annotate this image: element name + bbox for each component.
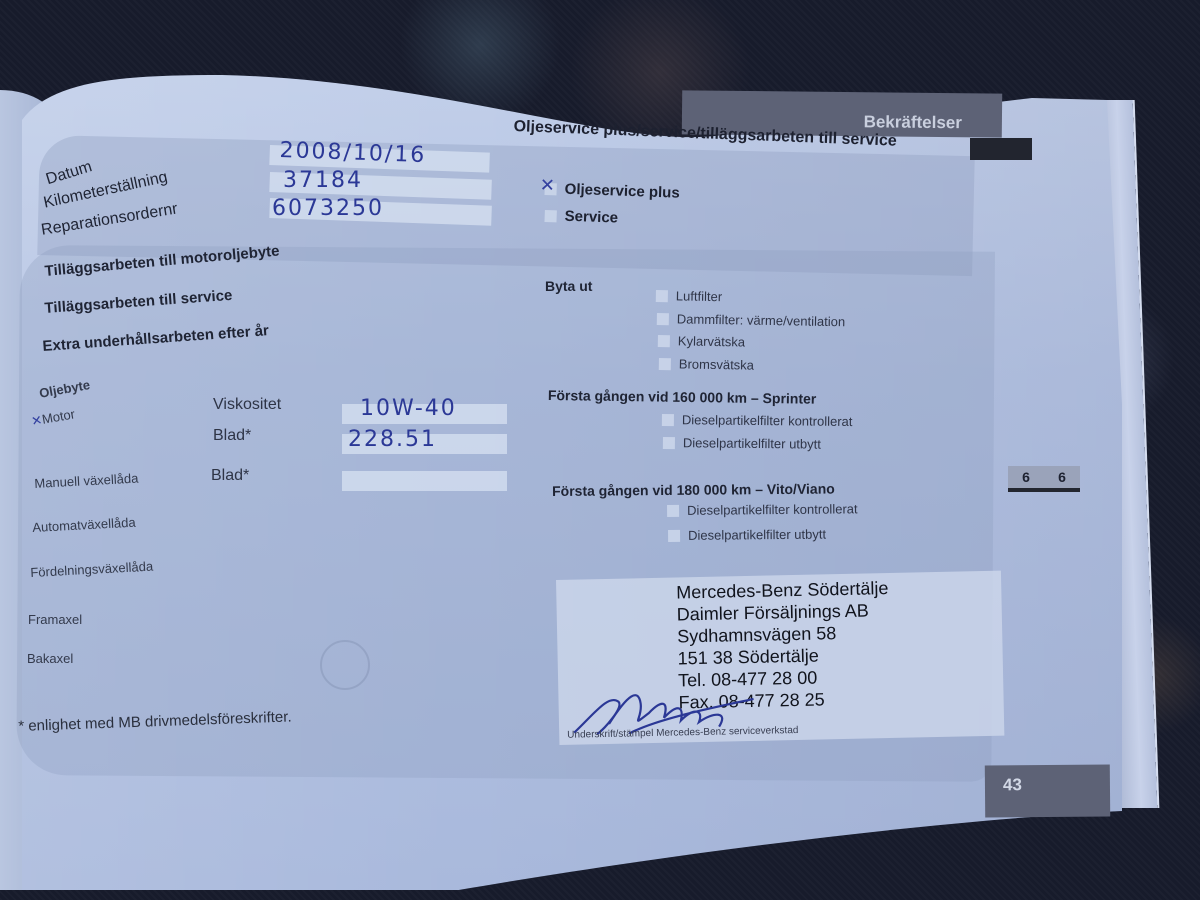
checkbox-label: Kylarvätska <box>678 333 745 349</box>
replace-heading: Byta ut <box>545 278 592 294</box>
checkbox-sprinter-dpf-checked[interactable]: Dieselpartikelfilter kontrollerat <box>662 412 853 429</box>
checkbox-coolant[interactable]: Kylarvätska <box>658 333 745 350</box>
checkbox-icon[interactable] <box>667 504 679 516</box>
checkbox-label: Dieselpartikelfilter utbytt <box>688 527 826 543</box>
checkbox-icon[interactable] <box>656 289 668 301</box>
mercedes-star-watermark-icon <box>320 640 370 690</box>
checkbox-icon[interactable] <box>662 413 674 425</box>
repair-order-value: 6073250 <box>272 196 384 221</box>
viscosity-value: 10W-40 <box>360 396 457 421</box>
chapter-tab[interactable]: 6 6 <box>1008 466 1080 492</box>
checkbox-icon[interactable] <box>668 529 680 541</box>
dealer-stamp-box[interactable]: Mercedes-Benz Södertälje Daimler Försälj… <box>556 571 1004 745</box>
checkbox-icon[interactable] <box>663 436 675 448</box>
chapter-number: 6 <box>1058 469 1066 485</box>
sheet-label-motor: Blad* <box>213 427 251 445</box>
vito-heading: Första gången vid 180 000 km – Vito/Vian… <box>552 481 835 499</box>
section-tab-label: Bekräftelser <box>864 112 962 133</box>
checkbox-brake-fluid[interactable]: Bromsvätska <box>659 356 754 373</box>
oil-row-front-axle[interactable]: Framaxel <box>28 612 82 627</box>
checkbox-label: Dieselpartikelfilter kontrollerat <box>687 501 858 517</box>
checkbox-icon[interactable] <box>659 357 671 369</box>
checkbox-icon[interactable] <box>658 334 670 346</box>
checkbox-checked-icon[interactable] <box>544 182 556 194</box>
checkbox-vito-dpf-replaced[interactable]: Dieselpartikelfilter utbytt <box>668 527 826 543</box>
checkbox-service[interactable]: Service <box>544 207 618 227</box>
checkbox-label: Bromsvätska <box>679 356 754 372</box>
checkbox-label: Service <box>564 208 618 227</box>
page-number-tab: 43 <box>985 764 1110 817</box>
viscosity-label: Viskositet <box>213 396 281 414</box>
checkbox-vito-dpf-checked[interactable]: Dieselpartikelfilter kontrollerat <box>667 501 858 518</box>
page-number: 43 <box>1003 775 1022 795</box>
oil-row-rear-axle[interactable]: Bakaxel <box>27 651 73 666</box>
chapter-number: 6 <box>1022 469 1030 485</box>
date-value: 2008/10/16 <box>279 138 427 168</box>
header-bar-marker <box>970 138 1032 160</box>
checkbox-icon[interactable] <box>657 312 669 324</box>
checkbox-icon[interactable] <box>544 209 556 221</box>
checkbox-label: Dieselpartikelfilter kontrollerat <box>682 412 853 429</box>
checkbox-label: Dieselpartikelfilter utbytt <box>683 435 821 451</box>
sheet-label-gearbox: Blad* <box>211 467 249 485</box>
stamp-line: Daimler Försäljnings AB <box>677 599 890 625</box>
sheet-value-motor: 228.51 <box>348 427 437 452</box>
checkbox-air-filter[interactable]: Luftfilter <box>656 288 723 304</box>
odometer-value: 37184 <box>283 168 363 193</box>
checkbox-sprinter-dpf-replaced[interactable]: Dieselpartikelfilter utbytt <box>663 435 821 452</box>
sheet-field-gearbox[interactable] <box>342 471 507 491</box>
checkbox-label: Luftfilter <box>676 288 723 304</box>
checkbox-label: Dammfilter: värme/ventilation <box>677 311 846 329</box>
